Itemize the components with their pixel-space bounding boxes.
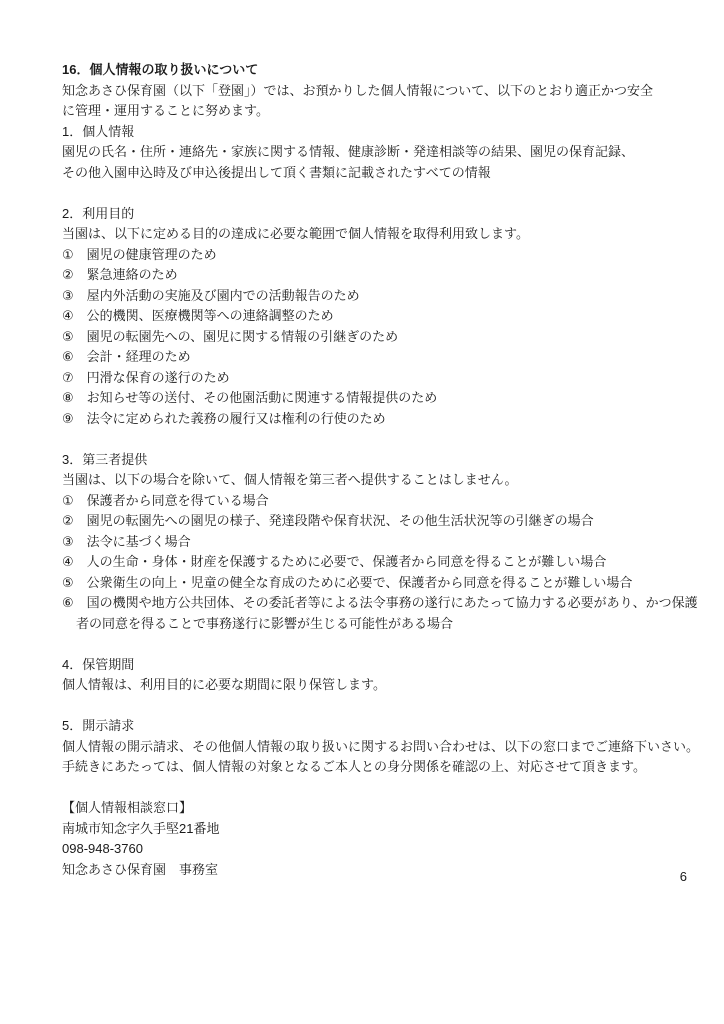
paragraph-line: に管理・運用することに努めます。 <box>62 101 714 122</box>
contact-address: 南城市知念字久手堅21番地 <box>62 819 714 840</box>
paragraph-line: 当園は、以下の場合を除いて、個人情報を第三者へ提供することはしません。 <box>62 470 714 491</box>
list-item: ③ 屋内外活動の実施及び園内での活動報告のため <box>62 286 714 307</box>
list-item: ② 園児の転園先への園児の様子、発達段階や保育状況、その他生活状況等の引継ぎの場… <box>62 511 714 532</box>
section-heading: 4．保管期間 <box>62 655 714 676</box>
paragraph-line: 個人情報の開示請求、その他個人情報の取り扱いに関するお問い合わせは、以下の窓口ま… <box>62 737 714 758</box>
list-item: ⑧ お知らせ等の送付、その他園活動に関連する情報提供のため <box>62 388 714 409</box>
list-item: ② 緊急連絡のため <box>62 265 714 286</box>
section-heading: 2．利用目的 <box>62 204 714 225</box>
paragraph-line: その他入園申込時及び申込後提出して頂く書類に記載されたすべての情報 <box>62 163 714 184</box>
list-item-continuation: 者の同意を得ることで事務遂行に影響が生じる可能性がある場合 <box>62 614 714 635</box>
blank-line <box>62 696 714 717</box>
blank-line <box>62 778 714 799</box>
contact-office: 知念あさひ保育園 事務室 <box>62 860 714 881</box>
document-body: 16．個人情報の取り扱いについて知念あさひ保育園（以下「登園」）では、お預かりし… <box>62 60 714 880</box>
list-item: ① 保護者から同意を得ている場合 <box>62 491 714 512</box>
contact-window-heading: 【個人情報相談窓口】 <box>62 798 714 819</box>
list-item: ⑥ 国の機関や地方公共団体、その委託者等による法令事務の遂行にあたって協力する必… <box>62 593 714 614</box>
list-item: ⑦ 円滑な保育の遂行のため <box>62 368 714 389</box>
document-title: 16．個人情報の取り扱いについて <box>62 60 714 81</box>
paragraph-line: 園児の氏名・住所・連絡先・家族に関する情報、健康診断・発達相談等の結果、園児の保… <box>62 142 714 163</box>
list-item: ④ 公的機関、医療機関等への連絡調整のため <box>62 306 714 327</box>
blank-line <box>62 429 714 450</box>
paragraph-line: 手続きにあたっては、個人情報の対象となるご本人との身分関係を確認の上、対応させて… <box>62 757 714 778</box>
list-item: ③ 法令に基づく場合 <box>62 532 714 553</box>
blank-line <box>62 634 714 655</box>
contact-phone: 098-948-3760 <box>62 839 714 860</box>
list-item: ① 園児の健康管理のため <box>62 245 714 266</box>
paragraph-line: 知念あさひ保育園（以下「登園」）では、お預かりした個人情報について、以下のとおり… <box>62 81 714 102</box>
list-item: ⑤ 園児の転園先への、園児に関する情報の引継ぎのため <box>62 327 714 348</box>
section-heading: 3．第三者提供 <box>62 450 714 471</box>
list-item: ④ 人の生命・身体・財産を保護するために必要で、保護者から同意を得ることが難しい… <box>62 552 714 573</box>
section-heading: 5．開示請求 <box>62 716 714 737</box>
section-heading: 1．個人情報 <box>62 122 714 143</box>
page-number: 6 <box>680 867 687 887</box>
blank-line <box>62 183 714 204</box>
list-item: ⑤ 公衆衛生の向上・児童の健全な育成のために必要で、保護者から同意を得ることが難… <box>62 573 714 594</box>
paragraph-line: 当園は、以下に定める目的の達成に必要な範囲で個人情報を取得利用致します。 <box>62 224 714 245</box>
paragraph-line: 個人情報は、利用目的に必要な期間に限り保管します。 <box>62 675 714 696</box>
document-page: 16．個人情報の取り扱いについて知念あさひ保育園（以下「登園」）では、お預かりし… <box>0 0 724 1024</box>
list-item: ⑥ 会計・経理のため <box>62 347 714 368</box>
list-item: ⑨ 法令に定められた義務の履行又は権利の行使のため <box>62 409 714 430</box>
